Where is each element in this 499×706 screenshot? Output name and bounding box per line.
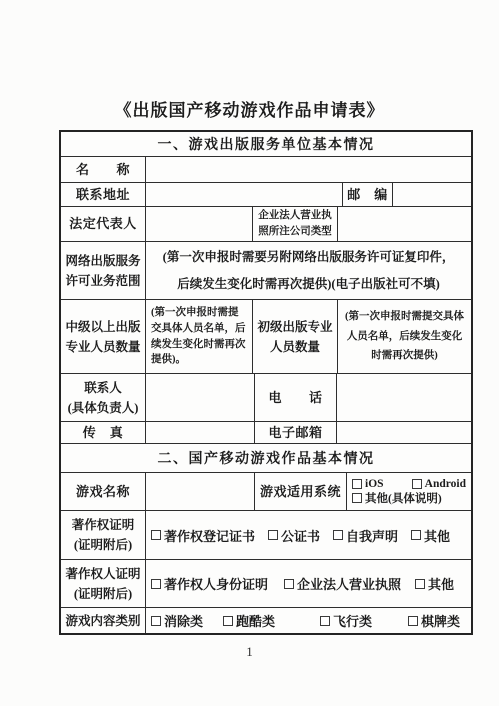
table-row: 联系地址 邮 编 xyxy=(61,183,471,207)
game-name-label: 游戏名称 xyxy=(61,473,146,510)
license-scope-note-line2: 后续发生变化时需再次提供)(电子出版社可不填) xyxy=(177,271,440,297)
copyright-proof-label-line2: (证明附后) xyxy=(74,535,132,555)
section1-header: 一、游戏出版服务单位基本情况 xyxy=(61,132,471,156)
checkbox-option-boardcard[interactable]: 棋牌类 xyxy=(408,611,460,630)
name-input-cell[interactable] xyxy=(146,157,471,182)
checkbox-icon[interactable] xyxy=(352,479,362,489)
checkbox-icon[interactable] xyxy=(412,479,422,489)
document-page: 《出版国产移动游戏作品申请表》 一、游戏出版服务单位基本情况 名 称 联系地址 … xyxy=(0,0,499,706)
content-category-label: 游戏内容类别 xyxy=(61,608,146,633)
table-row: 游戏内容类别 消除类 跑酷类 飞行类 棋牌类 xyxy=(61,608,471,633)
checkbox-icon[interactable] xyxy=(320,616,330,626)
company-type-input-cell[interactable] xyxy=(338,207,471,241)
checkbox-icon[interactable] xyxy=(151,616,161,626)
checkbox-icon[interactable] xyxy=(352,493,362,503)
fax-input-cell[interactable] xyxy=(146,422,255,443)
checkbox-label: 其他(具体说明) xyxy=(365,490,442,506)
section2-header: 二、国产移动游戏作品基本情况 xyxy=(61,444,471,472)
junior-staff-note-cell[interactable]: (第一次申报时需提交具体人员名单，后续发生变化时需再次提供) xyxy=(338,300,471,373)
checkbox-icon[interactable] xyxy=(268,530,278,540)
checkbox-label: 著作权人身份证明 xyxy=(164,574,268,593)
checkbox-option-copyright-cert[interactable]: 著作权登记证书 xyxy=(151,526,255,545)
mid-staff-note-cell[interactable]: (第一次申报时需提交具体人员名单，后续发生变化时需再次提供)。 xyxy=(146,300,253,373)
checkbox-option-android[interactable]: Android xyxy=(412,478,466,490)
mid-staff-note: (第一次申报时需提交具体人员名单，后续发生变化时需再次提供)。 xyxy=(151,305,247,368)
platform-options-line2: 其他(具体说明) xyxy=(352,490,466,506)
checkbox-option-match3[interactable]: 消除类 xyxy=(151,611,203,630)
checkbox-option-owner-other[interactable]: 其他 xyxy=(415,574,454,593)
checkbox-label: 自我声明 xyxy=(346,526,398,545)
checkbox-option-other-system[interactable]: 其他(具体说明) xyxy=(352,490,442,506)
mid-staff-label-line1: 中级以上出版 xyxy=(65,317,140,337)
table-row: 网络出版服务 许可业务范围 (第一次申报时需要另附网络出版服务许可证复印件， 后… xyxy=(61,242,471,300)
legal-rep-input-cell[interactable] xyxy=(146,207,253,241)
checkbox-icon[interactable] xyxy=(415,579,425,589)
contact-label-line2: (具体负责人) xyxy=(68,398,139,418)
checkbox-label: 公证书 xyxy=(281,526,320,545)
table-row: 中级以上出版 专业人员数量 (第一次申报时需提交具体人员名单，后续发生变化时需再… xyxy=(61,300,471,374)
platform-options-line1: iOS Android xyxy=(352,478,466,490)
copyright-owner-label: 著作权人证明 (证明附后) xyxy=(61,560,146,607)
checkbox-option-flying[interactable]: 飞行类 xyxy=(320,611,372,630)
email-label: 电子邮箱 xyxy=(255,422,337,443)
checkbox-option-runner[interactable]: 跑酷类 xyxy=(223,611,275,630)
checkbox-label: 著作权登记证书 xyxy=(164,526,255,545)
address-label: 联系地址 xyxy=(61,183,146,206)
checkbox-icon[interactable] xyxy=(151,530,161,540)
postcode-label: 邮 编 xyxy=(343,183,393,206)
checkbox-icon[interactable] xyxy=(408,616,418,626)
phone-label: 电 话 xyxy=(255,374,337,421)
contact-label: 联系人 (具体负责人) xyxy=(61,374,146,421)
company-type-label-line1: 企业法人营业执 xyxy=(258,208,332,224)
section1-header-row: 一、游戏出版服务单位基本情况 xyxy=(61,132,471,157)
email-input-cell[interactable] xyxy=(337,422,471,443)
page-title: 《出版国产移动游戏作品申请表》 xyxy=(0,96,499,121)
checkbox-label: 其他 xyxy=(424,526,450,545)
page-number: 1 xyxy=(0,644,499,660)
checkbox-label: 消除类 xyxy=(164,611,203,630)
legal-rep-label: 法定代表人 xyxy=(61,207,146,241)
license-scope-label: 网络出版服务 许可业务范围 xyxy=(61,242,146,299)
company-type-label: 企业法人营业执 照所注公司类型 xyxy=(253,207,338,241)
table-row: 联系人 (具体负责人) 电 话 xyxy=(61,374,471,422)
license-scope-label-line2: 许可业务范围 xyxy=(65,271,140,291)
copyright-owner-label-line2: (证明附后) xyxy=(74,584,132,604)
checkbox-label: 企业法人营业执照 xyxy=(297,574,401,593)
copyright-proof-options-cell: 著作权登记证书 公证书 自我声明 其他 xyxy=(146,511,471,559)
junior-staff-label-line1: 初级出版专业 xyxy=(257,317,332,337)
game-name-input-cell[interactable] xyxy=(146,473,255,510)
checkbox-icon[interactable] xyxy=(411,530,421,540)
checkbox-option-proof-other[interactable]: 其他 xyxy=(411,526,450,545)
contact-label-line1: 联系人 xyxy=(84,378,122,398)
application-form-table: 一、游戏出版服务单位基本情况 名 称 联系地址 邮 编 法定代表人 企业法人营业… xyxy=(59,130,473,635)
junior-staff-label-line2: 人员数量 xyxy=(270,337,320,357)
copyright-owner-options-cell: 著作权人身份证明 企业法人营业执照 其他 xyxy=(146,560,471,607)
content-category-options-cell: 消除类 跑酷类 飞行类 棋牌类 xyxy=(146,608,471,633)
checkbox-label: 跑酷类 xyxy=(236,611,275,630)
checkbox-icon[interactable] xyxy=(223,616,233,626)
checkbox-label: 其他 xyxy=(428,574,454,593)
mid-staff-label-line2: 专业人员数量 xyxy=(65,337,140,357)
checkbox-option-ios[interactable]: iOS xyxy=(352,478,384,490)
license-scope-note-line1: (第一次申报时需要另附网络出版服务许可证复印件， xyxy=(163,244,455,270)
checkbox-icon[interactable] xyxy=(151,579,161,589)
address-input-cell[interactable] xyxy=(146,183,343,206)
checkbox-icon[interactable] xyxy=(284,579,294,589)
mid-staff-label: 中级以上出版 专业人员数量 xyxy=(61,300,146,373)
platform-label: 游戏适用系统 xyxy=(255,473,347,510)
copyright-owner-label-line1: 著作权人证明 xyxy=(65,564,140,584)
phone-input-cell[interactable] xyxy=(337,374,471,421)
copyright-proof-label-line1: 著作权证明 xyxy=(72,515,135,535)
junior-staff-label: 初级出版专业 人员数量 xyxy=(253,300,338,373)
table-row: 著作权证明 (证明附后) 著作权登记证书 公证书 自我声明 其 xyxy=(61,511,471,560)
contact-input-cell[interactable] xyxy=(146,374,255,421)
company-type-label-line2: 照所注公司类型 xyxy=(258,224,332,240)
license-scope-note-cell[interactable]: (第一次申报时需要另附网络出版服务许可证复印件， 后续发生变化时需再次提供)(电… xyxy=(146,242,471,299)
platform-options-cell: iOS Android 其他(具体说明) xyxy=(347,473,471,510)
checkbox-option-self-declaration[interactable]: 自我声明 xyxy=(333,526,398,545)
table-row: 游戏名称 游戏适用系统 iOS Android xyxy=(61,473,471,511)
section2-header-row: 二、国产移动游戏作品基本情况 xyxy=(61,444,471,473)
postcode-input-cell[interactable] xyxy=(393,183,471,206)
checkbox-option-business-license[interactable]: 企业法人营业执照 xyxy=(284,574,401,593)
checkbox-label: 飞行类 xyxy=(333,611,372,630)
table-row: 法定代表人 企业法人营业执 照所注公司类型 xyxy=(61,207,471,242)
checkbox-label: Android xyxy=(425,478,466,490)
name-label: 名 称 xyxy=(61,157,146,182)
checkbox-option-notary-cert[interactable]: 公证书 xyxy=(268,526,320,545)
table-row: 传 真 电子邮箱 xyxy=(61,422,471,444)
fax-label: 传 真 xyxy=(61,422,146,443)
license-scope-label-line1: 网络出版服务 xyxy=(65,251,140,271)
table-row: 名 称 xyxy=(61,157,471,183)
checkbox-option-owner-id[interactable]: 著作权人身份证明 xyxy=(151,574,268,593)
table-row: 著作权人证明 (证明附后) 著作权人身份证明 企业法人营业执照 其他 xyxy=(61,560,471,608)
checkbox-icon[interactable] xyxy=(333,530,343,540)
junior-staff-note: (第一次申报时需提交具体人员名单，后续发生变化时需再次提供) xyxy=(344,307,465,367)
copyright-proof-label: 著作权证明 (证明附后) xyxy=(61,511,146,559)
checkbox-label: 棋牌类 xyxy=(421,611,460,630)
checkbox-label: iOS xyxy=(365,478,384,490)
